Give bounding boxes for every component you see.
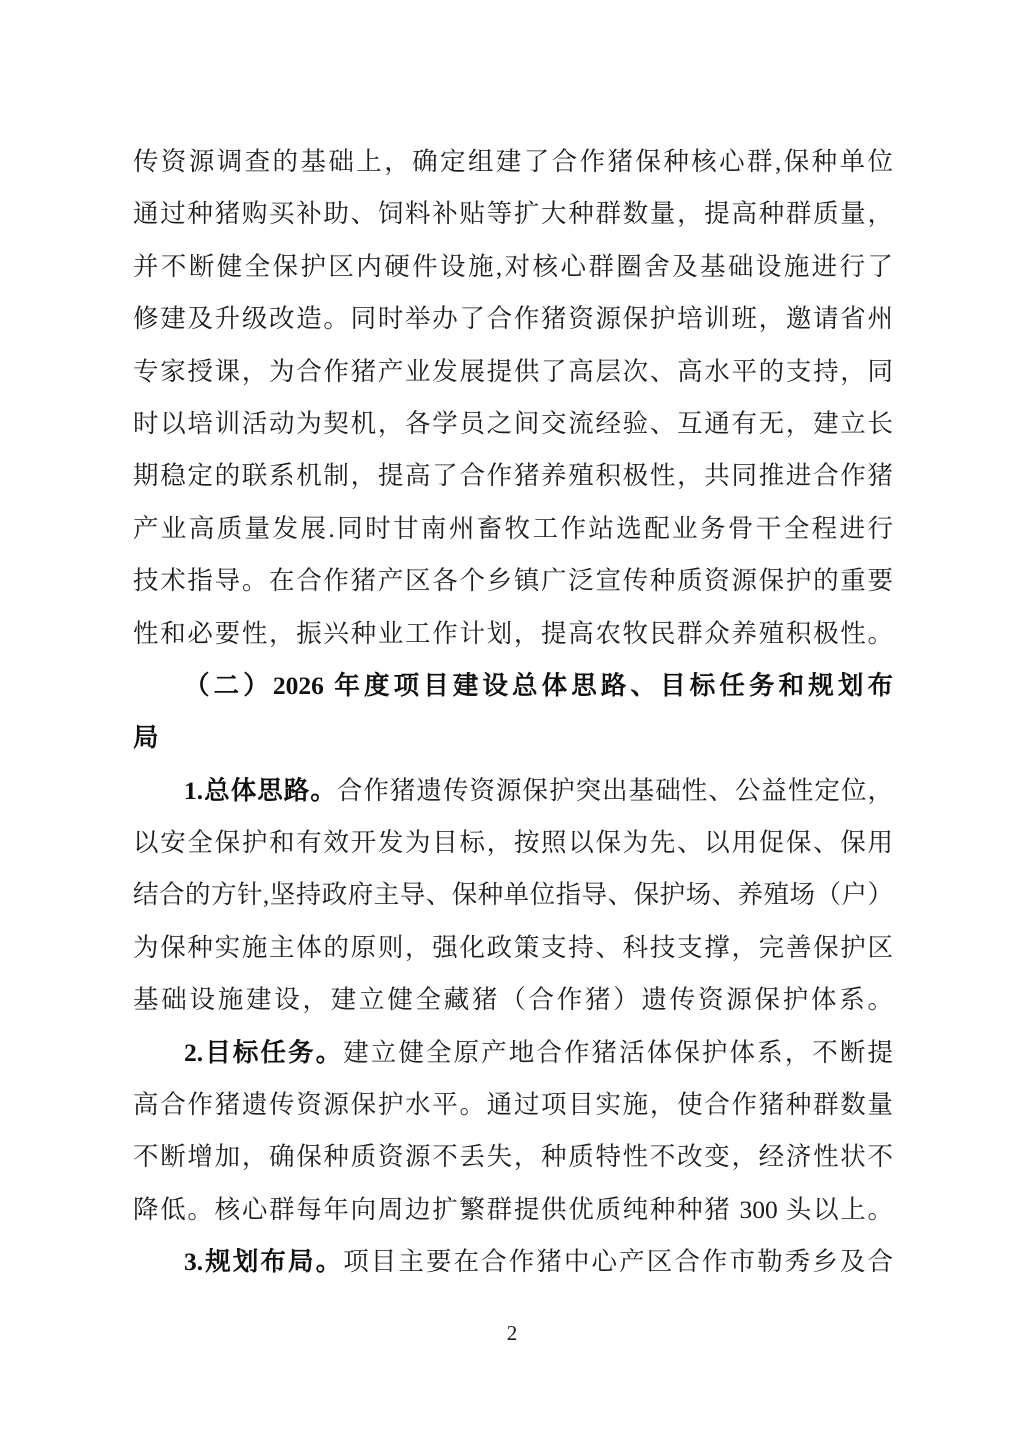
text-run: 并不断健全保护区内硬件设施,对核心群圈舍及基础设施进行了 — [133, 252, 893, 281]
text-run: 通过种猪购买补助、饲料补贴等扩大种群数量，提高种群质量， — [133, 199, 893, 228]
text-line: 以安全保护和有效开发为目标，按照以保为先、以用促保、保用 — [133, 817, 893, 869]
text-run: 结合的方针,坚持政府主导、保种单位指导、保护场、养殖场（户） — [133, 880, 893, 909]
bold-text-run: 2.目标任务。 — [184, 1038, 343, 1067]
text-run: 高合作猪遗传资源保护水平。通过项目实施，使合作猪种群数量 — [133, 1090, 893, 1119]
page-number: 2 — [0, 1318, 1024, 1348]
text-run: 技术指导。在合作猪产区各个乡镇广泛宣传种质资源保护的重要 — [133, 566, 893, 595]
text-line: 基础设施建设，建立健全藏猪（合作猪）遗传资源保护体系。 — [133, 974, 893, 1026]
text-run: 时以培训活动为契机，各学员之间交流经验、互通有无，建立长 — [133, 409, 893, 438]
text-line: 并不断健全保护区内硬件设施,对核心群圈舍及基础设施进行了 — [133, 241, 893, 293]
bold-text-run: 局 — [133, 723, 159, 752]
text-line: （二）2026 年度项目建设总体思路、目标任务和规划布 — [133, 660, 893, 712]
text-run: 基础设施建设，建立健全藏猪（合作猪）遗传资源保护体系。 — [133, 985, 893, 1014]
bold-text-run: （二）2026 年度项目建设总体思路、目标任务和规划布 — [184, 671, 893, 700]
document-page: 传资源调查的基础上，确定组建了合作猪保种核心群,保种单位通过种猪购买补助、饲料补… — [0, 0, 1024, 1448]
text-run: 期稳定的联系机制，提高了合作猪养殖积极性，共同推进合作猪 — [133, 461, 893, 490]
bold-text-run: 3.规划布局。 — [184, 1247, 343, 1276]
text-run: 合作猪遗传资源保护突出基础性、公益性定位， — [337, 776, 893, 805]
text-run: 以安全保护和有效开发为目标，按照以保为先、以用促保、保用 — [133, 828, 893, 857]
text-line: 专家授课，为合作猪产业发展提供了高层次、高水平的支持，同 — [133, 346, 893, 398]
bold-text-run: 1.总体思路。 — [184, 776, 337, 805]
text-line: 时以培训活动为契机，各学员之间交流经验、互通有无，建立长 — [133, 398, 893, 450]
text-run: 降低。核心群每年向周边扩繁群提供优质纯种种猪 300 头以上。 — [133, 1195, 893, 1224]
text-run: 建立健全原产地合作猪活体保护体系，不断提 — [343, 1038, 893, 1067]
text-line: 传资源调查的基础上，确定组建了合作猪保种核心群,保种单位 — [133, 136, 893, 188]
text-line: 期稳定的联系机制，提高了合作猪养殖积极性，共同推进合作猪 — [133, 450, 893, 502]
text-run: 修建及升级改造。同时举办了合作猪资源保护培训班，邀请省州 — [133, 304, 893, 333]
text-line: 性和必要性，振兴种业工作计划，提高农牧民群众养殖积极性。 — [133, 608, 893, 660]
text-line: 2.目标任务。建立健全原产地合作猪活体保护体系，不断提 — [133, 1027, 893, 1079]
text-line: 高合作猪遗传资源保护水平。通过项目实施，使合作猪种群数量 — [133, 1079, 893, 1131]
text-line: 局 — [133, 712, 893, 764]
text-line: 技术指导。在合作猪产区各个乡镇广泛宣传种质资源保护的重要 — [133, 555, 893, 607]
text-run: 为保种实施主体的原则，强化政策支持、科技支撑，完善保护区 — [133, 933, 893, 962]
text-run: 性和必要性，振兴种业工作计划，提高农牧民群众养殖积极性。 — [133, 619, 893, 648]
text-line: 结合的方针,坚持政府主导、保种单位指导、保护场、养殖场（户） — [133, 869, 893, 921]
text-run: 专家授课，为合作猪产业发展提供了高层次、高水平的支持，同 — [133, 357, 893, 386]
text-line: 3.规划布局。项目主要在合作猪中心产区合作市勒秀乡及合 — [133, 1236, 893, 1288]
text-run: 传资源调查的基础上，确定组建了合作猪保种核心群,保种单位 — [133, 147, 893, 176]
text-line: 为保种实施主体的原则，强化政策支持、科技支撑，完善保护区 — [133, 922, 893, 974]
document-body: 传资源调查的基础上，确定组建了合作猪保种核心群,保种单位通过种猪购买补助、饲料补… — [133, 136, 893, 1289]
text-line: 1.总体思路。合作猪遗传资源保护突出基础性、公益性定位， — [133, 765, 893, 817]
text-run: 不断增加，确保种质资源不丢失，种质特性不改变，经济性状不 — [133, 1142, 893, 1171]
text-run: 项目主要在合作猪中心产区合作市勒秀乡及合 — [343, 1247, 893, 1276]
text-line: 通过种猪购买补助、饲料补贴等扩大种群数量，提高种群质量， — [133, 188, 893, 240]
text-line: 降低。核心群每年向周边扩繁群提供优质纯种种猪 300 头以上。 — [133, 1184, 893, 1236]
text-line: 产业高质量发展.同时甘南州畜牧工作站选配业务骨干全程进行 — [133, 503, 893, 555]
text-line: 不断增加，确保种质资源不丢失，种质特性不改变，经济性状不 — [133, 1131, 893, 1183]
text-run: 产业高质量发展.同时甘南州畜牧工作站选配业务骨干全程进行 — [133, 514, 893, 543]
text-line: 修建及升级改造。同时举办了合作猪资源保护培训班，邀请省州 — [133, 293, 893, 345]
